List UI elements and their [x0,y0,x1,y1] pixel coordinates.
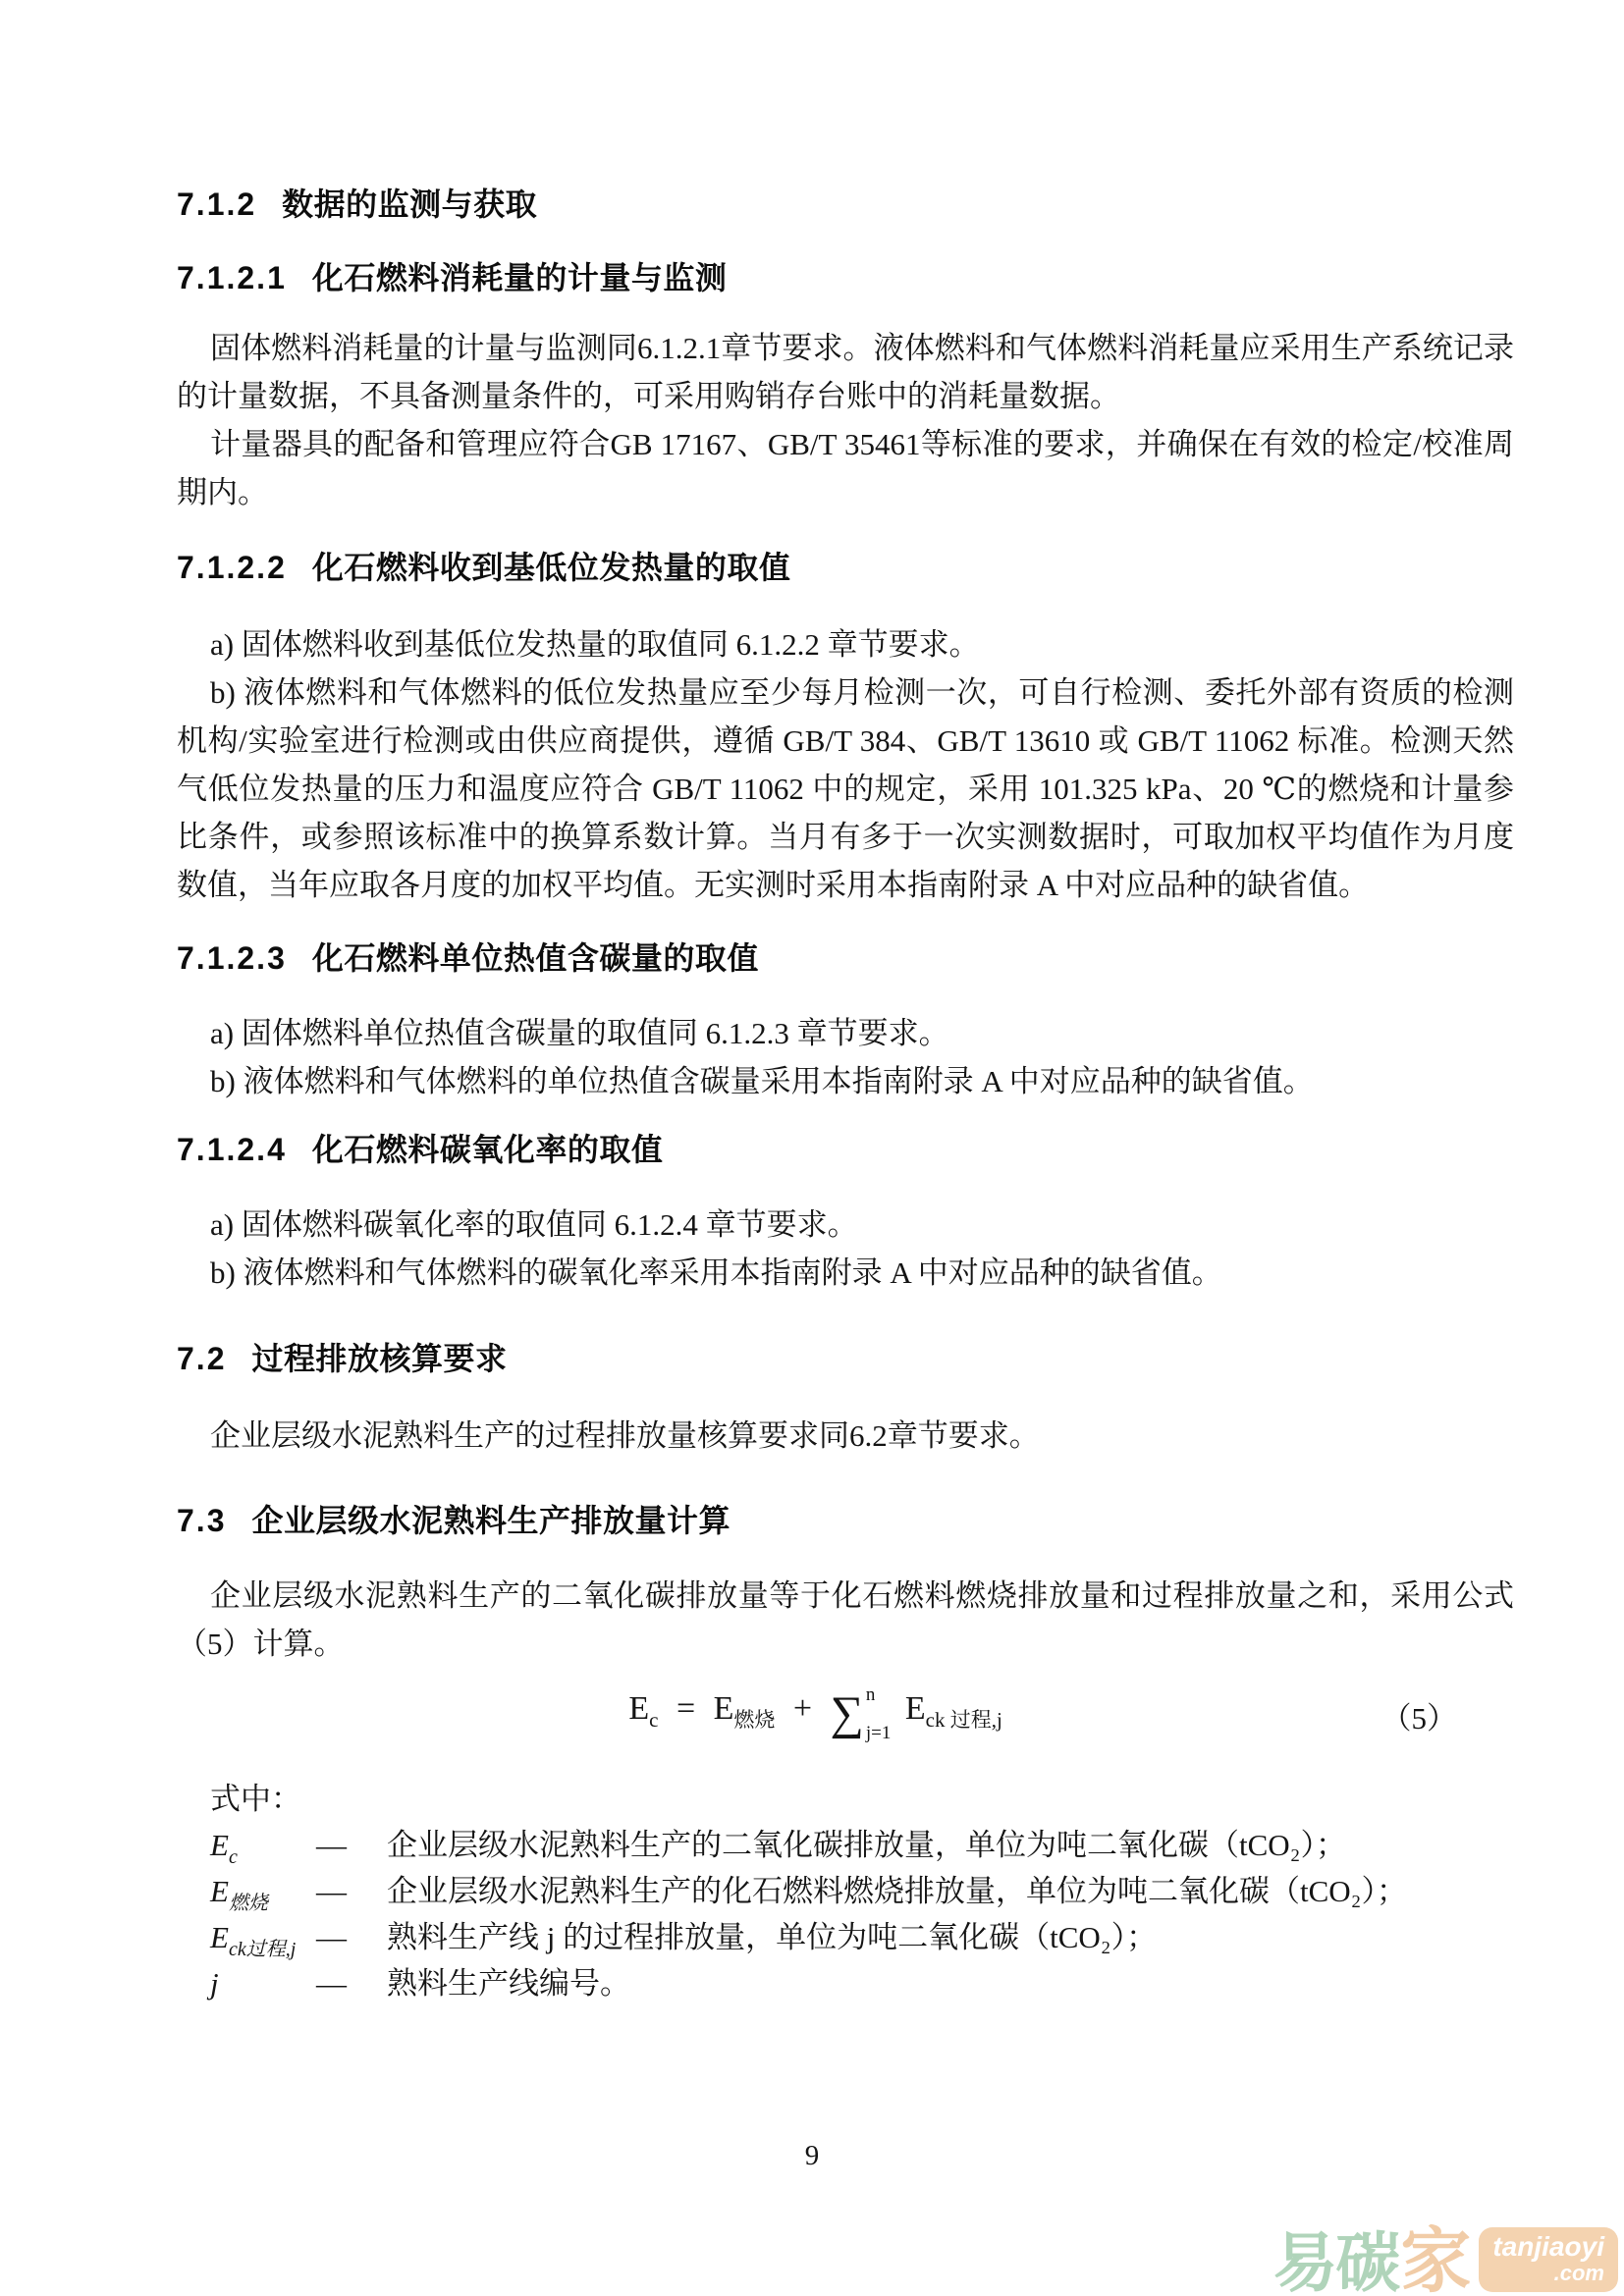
formula-symbol: E [714,1690,734,1727]
summation-lower-limit: j=1 [866,1724,892,1742]
heading-number: 7.1.2.2 [177,550,287,585]
heading-number: 7.3 [177,1503,226,1538]
list-item-b: b) 液体燃料和气体燃料的单位热值含碳量采用本指南附录 A 中对应品种的缺省值。 [177,1057,1514,1105]
list-item-a: a) 固体燃料单位热值含碳量的取值同 6.1.2.3 章节要求。 [177,1009,1514,1057]
section-heading-7-3: 7.3企业层级水泥熟料生产排放量计算 [177,1501,1514,1540]
watermark-badge-line2: .com [1492,2263,1604,2284]
dash: — [316,1868,387,1914]
heading-number: 7.1.2.1 [177,260,287,295]
symbol-base: j [210,1966,219,2001]
sigma-icon: ∑ [831,1692,864,1735]
page-content: 7.1.2数据的监测与获取 7.1.2.1化石燃料消耗量的计量与监测 固体燃料消… [177,0,1514,2006]
watermark-badge: tanjiaoyi .com [1479,2227,1618,2292]
dash: — [316,1822,387,1868]
page-number: 9 [0,2140,1624,2172]
plus-sign: + [793,1690,812,1727]
section-heading-7-1-2-3: 7.1.2.3化石燃料单位热值含碳量的取值 [177,938,1514,978]
symbol-description: 熟料生产线编号。 [387,1960,1514,2006]
section-heading-7-2: 7.2过程排放核算要求 [177,1339,1514,1378]
symbol-base: E [210,1874,229,1908]
section-heading-7-1-2-1: 7.1.2.1化石燃料消耗量的计量与监测 [177,258,1514,297]
watermark-text-green: 易碳 [1272,2233,1398,2292]
heading-title: 化石燃料碳氧化率的取值 [312,1132,664,1167]
list-item-a: a) 固体燃料碳氧化率的取值同 6.1.2.4 章节要求。 [177,1201,1514,1249]
heading-title: 数据的监测与获取 [282,187,537,222]
paragraph: 计量器具的配备和管理应符合GB 17167、GB/T 35461等标准的要求，并… [177,420,1514,516]
symbol-definitions: 式中： Ec — 企业层级水泥熟料生产的二氧化碳排放量，单位为吨二氧化碳（tCO… [177,1776,1514,2006]
summation: ∑ n j=1 [831,1685,897,1742]
summation-limits: n j=1 [866,1685,892,1742]
section-heading-7-1-2: 7.1.2数据的监测与获取 [177,185,1514,224]
paragraph: 企业层级水泥熟料生产的二氧化碳排放量等于化石燃料燃烧排放量和过程排放量之和，采用… [177,1572,1514,1668]
dash: — [316,1960,387,2006]
equation-row: Ec = E燃烧 + ∑ n j=1 Eck 过程,j （5） [177,1678,1514,1754]
heading-number: 7.1.2.4 [177,1132,287,1167]
definition-row: j — 熟料生产线编号。 [210,1960,1514,2006]
heading-title: 化石燃料单位热值含碳量的取值 [312,940,759,976]
symbol: j [210,1960,316,2006]
dash: — [316,1914,387,1960]
equals-sign: = [677,1690,695,1727]
watermark-badge-line1: tanjiaoyi [1492,2233,1604,2261]
document-page: 7.1.2数据的监测与获取 7.1.2.1化石燃料消耗量的计量与监测 固体燃料消… [0,0,1624,2296]
symbol-subscript: ck过程,j [229,1939,296,1960]
formula-subscript: ck 过程,j [926,1708,1002,1732]
symbol-base: E [210,1828,229,1862]
where-label: 式中： [177,1776,1514,1822]
summation-upper-limit: n [866,1685,876,1704]
heading-number: 7.1.2 [177,187,256,222]
formula-symbol: E [905,1690,926,1727]
list-item-b: b) 液体燃料和气体燃料的低位发热量应至少每月检测一次，可自行检测、委托外部有资… [177,668,1514,909]
symbol-description: 企业层级水泥熟料生产的化石燃料燃烧排放量，单位为吨二氧化碳（tCO₂）； [387,1868,1514,1914]
definition-row: Eck过程,j — 熟料生产线 j 的过程排放量，单位为吨二氧化碳（tCO₂）； [210,1914,1514,1960]
formula-symbol: E [628,1690,649,1727]
heading-title: 化石燃料消耗量的计量与监测 [312,260,728,295]
symbol-base: E [210,1920,229,1954]
symbol-description: 企业层级水泥熟料生产的二氧化碳排放量，单位为吨二氧化碳（tCO₂）； [387,1822,1514,1868]
heading-title: 企业层级水泥熟料生产排放量计算 [251,1503,731,1538]
paragraph: 固体燃料消耗量的计量与监测同6.1.2.1章节要求。液体燃料和气体燃料消耗量应采… [177,324,1514,420]
watermark-text-orange: 家 [1400,2231,1471,2292]
watermark-logo: 易碳 家 tanjiaoyi .com [1272,2227,1618,2292]
heading-number: 7.2 [177,1341,226,1376]
symbol: E燃烧 [210,1868,316,1914]
list-item-b: b) 液体燃料和气体燃料的碳氧化率采用本指南附录 A 中对应品种的缺省值。 [177,1249,1514,1297]
symbol: Eck过程,j [210,1914,316,1960]
heading-number: 7.1.2.3 [177,940,287,976]
heading-title: 过程排放核算要求 [251,1341,507,1376]
symbol-subscript: 燃烧 [229,1893,268,1914]
symbol: Ec [210,1822,316,1868]
formula-subscript: c [649,1708,658,1732]
section-heading-7-1-2-2: 7.1.2.2化石燃料收到基低位发热量的取值 [177,548,1514,587]
definition-row: E燃烧 — 企业层级水泥熟料生产的化石燃料燃烧排放量，单位为吨二氧化碳（tCO₂… [210,1868,1514,1914]
paragraph: 企业层级水泥熟料生产的过程排放量核算要求同6.2章节要求。 [177,1412,1514,1460]
section-heading-7-1-2-4: 7.1.2.4化石燃料碳氧化率的取值 [177,1130,1514,1169]
definition-row: Ec — 企业层级水泥熟料生产的二氧化碳排放量，单位为吨二氧化碳（tCO₂）； [210,1822,1514,1868]
symbol-subscript: c [229,1846,238,1868]
equation-number: （5） [1381,1693,1458,1737]
formula-subscript: 燃烧 [733,1708,775,1732]
list-item-a: a) 固体燃料收到基低位发热量的取值同 6.1.2.2 章节要求。 [177,620,1514,668]
equation-5: Ec = E燃烧 + ∑ n j=1 Eck 过程,j [628,1685,1001,1742]
symbol-description: 熟料生产线 j 的过程排放量，单位为吨二氧化碳（tCO₂）； [387,1914,1514,1960]
heading-title: 化石燃料收到基低位发热量的取值 [312,550,791,585]
